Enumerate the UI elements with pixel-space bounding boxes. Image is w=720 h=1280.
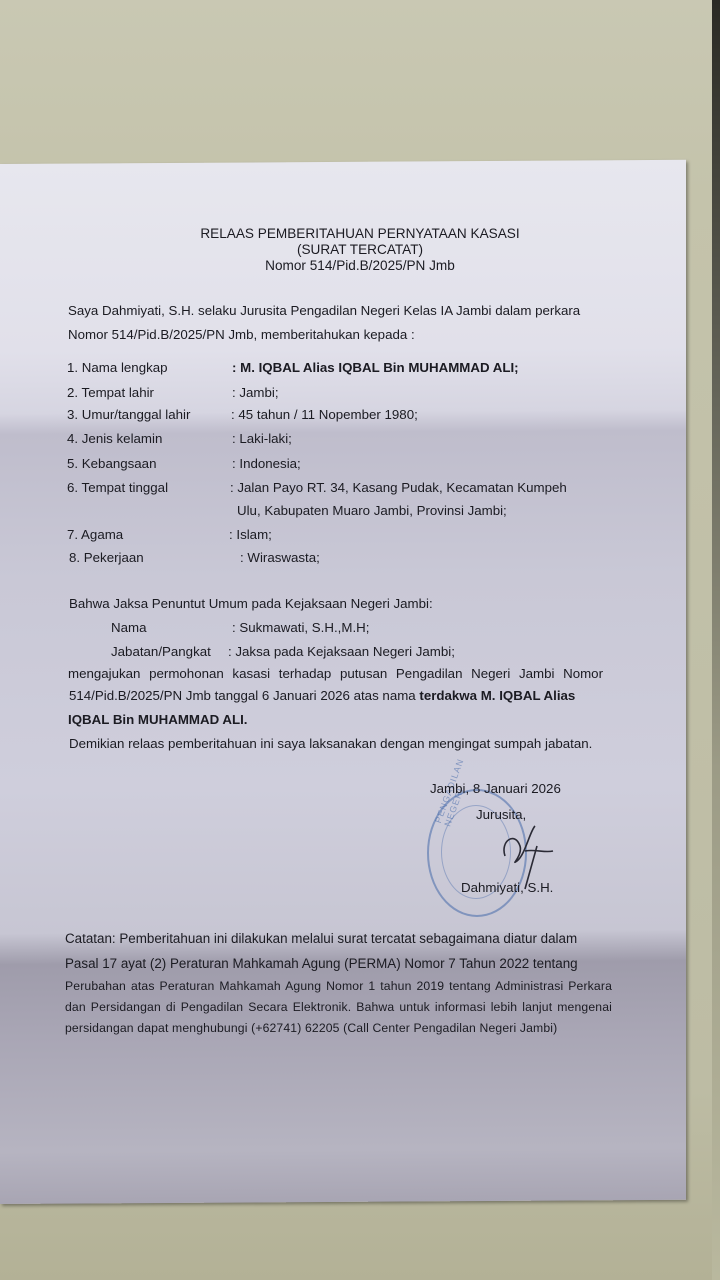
field-label: 2. Tempat lahir: [67, 382, 154, 404]
document-title: RELAAS PEMBERITAHUAN PERNYATAAN KASASI: [150, 226, 570, 242]
field-value: : 45 tahun / 11 Nopember 1980;: [231, 404, 611, 426]
field-label: 6. Tempat tinggal: [67, 477, 168, 499]
field-value: : M. IQBAL Alias IQBAL Bin MUHAMMAD ALI;: [232, 357, 612, 379]
field-value: : Wiraswasta;: [240, 547, 620, 569]
body-text: 514/Pid.B/2025/PN Jmb tanggal 6 Januari …: [69, 688, 419, 703]
prosecutor-intro: Bahwa Jaksa Penuntut Umum pada Kejaksaan…: [69, 592, 604, 616]
field-value: : Indonesia;: [232, 453, 612, 475]
note-section: Catatan: Pemberitahuan ini dilakukan mel…: [65, 926, 612, 1039]
signature-name: Dahmiyati, S.H.: [461, 880, 553, 895]
document-number: Nomor 514/Pid.B/2025/PN Jmb: [150, 258, 570, 274]
document-header: RELAAS PEMBERITAHUAN PERNYATAAN KASASI (…: [150, 226, 570, 274]
note-line: Pasal 17 ayat (2) Peraturan Mahkamah Agu…: [65, 951, 612, 976]
field-label: 1. Nama lengkap: [67, 357, 168, 379]
prosecutor-position-label: Jabatan/Pangkat: [111, 640, 211, 664]
body-line-2: 514/Pid.B/2025/PN Jmb tanggal 6 Januari …: [69, 684, 604, 708]
field-label: 3. Umur/tanggal lahir: [67, 404, 190, 426]
intro-paragraph: Saya Dahmiyati, S.H. selaku Jurusita Pen…: [68, 299, 608, 347]
signature-mark: [495, 811, 555, 891]
prosecutor-name-label: Nama: [111, 616, 146, 640]
prosecutor-position-value: : Jaksa pada Kejaksaan Negeri Jambi;: [228, 640, 455, 664]
note-rest: Perubahan atas Peraturan Mahkamah Agung …: [65, 976, 612, 1039]
intro-line: Nomor 514/Pid.B/2025/PN Jmb, memberitahu…: [68, 323, 608, 347]
field-value: Ulu, Kabupaten Muaro Jambi, Provinsi Jam…: [237, 500, 617, 522]
signature-place-date: Jambi, 8 Januari 2026: [430, 781, 561, 796]
defendant-name: terdakwa M. IQBAL Alias: [419, 688, 575, 703]
field-label: 4. Jenis kelamin: [67, 428, 162, 450]
field-value: : Jalan Payo RT. 34, Kasang Pudak, Kecam…: [230, 477, 610, 499]
closing-paragraph: Demikian relaas pemberitahuan ini saya l…: [69, 732, 604, 756]
signature-role: Jurusita,: [476, 807, 526, 822]
field-value: : Jambi;: [232, 382, 612, 404]
intro-line: Saya Dahmiyati, S.H. selaku Jurusita Pen…: [68, 299, 608, 323]
field-value: : Islam;: [229, 524, 609, 546]
field-label: 5. Kebangsaan: [67, 453, 156, 475]
document-subtitle: (SURAT TERCATAT): [150, 242, 570, 258]
body-line-1: mengajukan permohonan kasasi terhadap pu…: [68, 662, 603, 686]
field-label: 8. Pekerjaan: [69, 547, 144, 569]
background-surface-edge: [712, 0, 720, 1280]
field-label: 7. Agama: [67, 524, 123, 546]
prosecutor-name-value: : Sukmawati, S.H.,M.H;: [232, 616, 369, 640]
note-line: Catatan: Pemberitahuan ini dilakukan mel…: [65, 926, 612, 951]
document: RELAAS PEMBERITAHUAN PERNYATAAN KASASI (…: [0, 164, 686, 1204]
signature-block: PENGADILAN NEGERI Jambi, 8 Januari 2026 …: [425, 781, 605, 921]
field-value: : Laki-laki;: [232, 428, 612, 450]
body-line-3: IQBAL Bin MUHAMMAD ALI.: [68, 708, 603, 732]
